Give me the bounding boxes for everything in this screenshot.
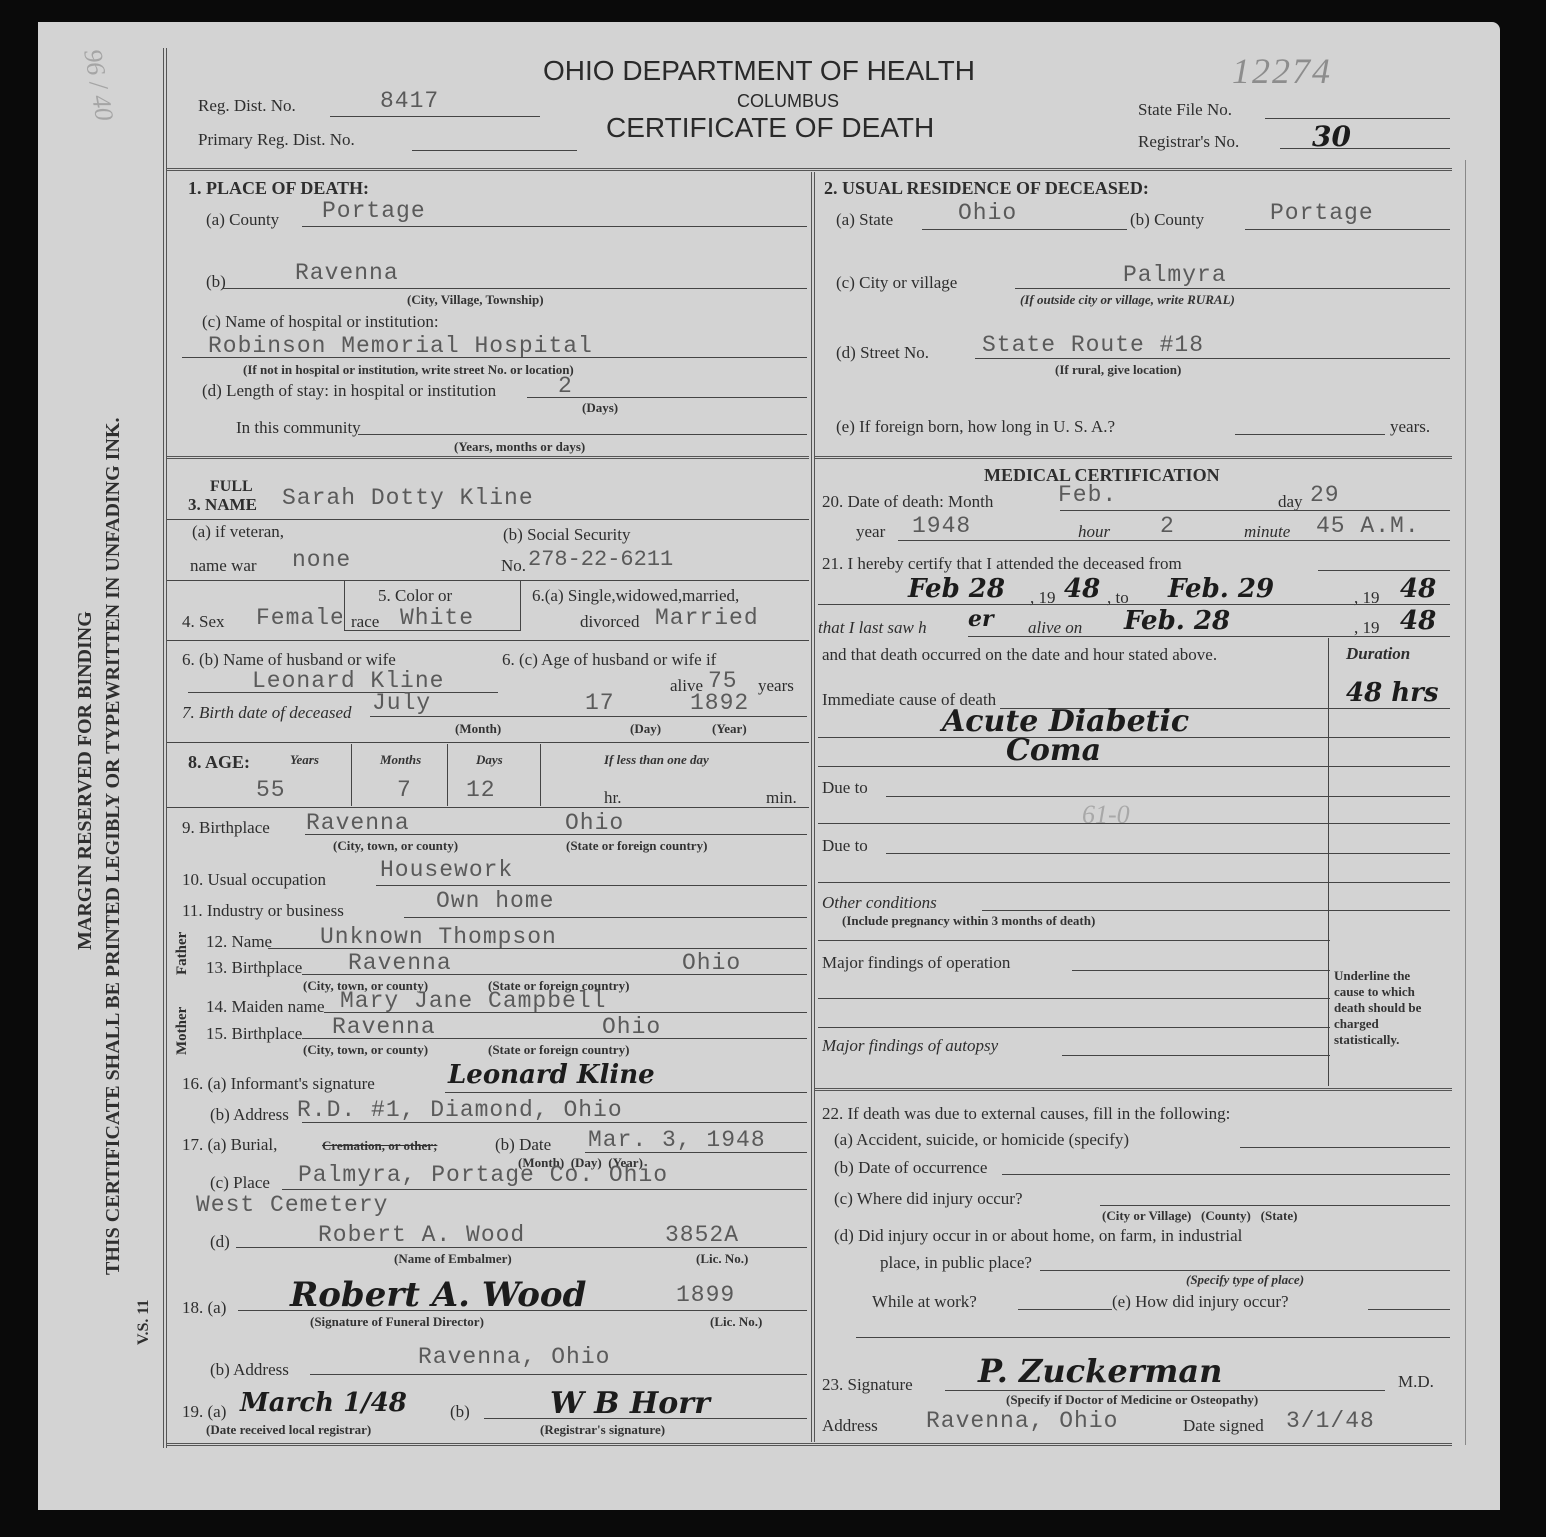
due-to-line-2 [818, 823, 1450, 824]
attended-line [818, 604, 1450, 605]
father-name-label: 12. Name [206, 932, 272, 952]
funeral-address-value[interactable]: Ravenna, Ohio [418, 1344, 610, 1370]
physician-address-value[interactable]: Ravenna, Ohio [926, 1408, 1118, 1434]
age-years-label: Years [290, 752, 319, 768]
external-d-hint: (Specify type of place) [1186, 1272, 1304, 1288]
cause-line-2-value[interactable]: Coma [1006, 733, 1101, 768]
funeral-address-line [310, 1374, 807, 1375]
veteran-label-1: (a) if veteran, [192, 522, 284, 542]
father-group-label: Father [174, 932, 191, 975]
age-years[interactable]: 55 [256, 777, 286, 803]
due-to-line-1 [886, 796, 1450, 797]
registrar-line [1280, 148, 1450, 149]
marital-value[interactable]: Married [655, 605, 759, 631]
death-year-label: year [856, 522, 885, 542]
father-birthplace-city[interactable]: Ravenna [348, 950, 452, 976]
residence-state-line [922, 229, 1127, 230]
community-line [358, 434, 807, 435]
margin-binding-note: MARGIN RESERVED FOR BINDING [74, 611, 97, 950]
residence-street-label: (d) Street No. [836, 343, 929, 363]
primary-reg-dist-label: Primary Reg. Dist. No. [198, 130, 355, 150]
occupation-value[interactable]: Housework [380, 857, 513, 883]
sex-row-divider [167, 640, 809, 641]
stay-label: (d) Length of stay: in hospital or insti… [202, 381, 496, 401]
operation-line-3 [818, 1027, 1330, 1028]
embalmer-hint: (Name of Embalmer) [394, 1251, 512, 1267]
external-d-label-2: place, in public place? [880, 1253, 1032, 1273]
external-heading: 22. If death was due to external causes,… [822, 1104, 1230, 1124]
external-a-label: (a) Accident, suicide, or homicide (spec… [834, 1130, 1129, 1150]
father-name-value[interactable]: Unknown Thompson [320, 924, 557, 950]
birth-day[interactable]: 17 [585, 690, 615, 716]
birthplace-state-hint: (State or foreign country) [566, 838, 707, 854]
external-extra-line [856, 1337, 1450, 1338]
marital-label-1: 6.(a) Single,widowed,married, [532, 586, 739, 606]
burial-date-line [585, 1152, 807, 1153]
death-date-line [1060, 510, 1450, 511]
residence-county-line [1245, 229, 1450, 230]
state-stamp-number: 12274 [1232, 50, 1332, 92]
funeral-signature[interactable]: Robert A. Wood [290, 1275, 586, 1315]
birth-year-hint: (Year) [712, 721, 747, 737]
reg-dist-line [330, 116, 540, 117]
registrar-signature[interactable]: W B Horr [550, 1386, 710, 1421]
external-d-line [1040, 1270, 1450, 1271]
funeral-label: 18. (a) [182, 1298, 226, 1318]
death-county-label: (a) County [206, 210, 279, 230]
foreign-born-line [1235, 434, 1385, 435]
death-occurred-text: and that death occurred on the date and … [822, 644, 1322, 665]
industry-label: 11. Industry or business [182, 901, 344, 921]
external-b-label: (b) Date of occurrence [834, 1158, 987, 1178]
birth-day-hint: (Day) [630, 721, 661, 737]
attended-to[interactable]: Feb. 29 [1168, 574, 1274, 604]
funeral-line [238, 1310, 807, 1311]
city-title: COLUMBUS [737, 91, 839, 112]
birthplace-line [305, 834, 807, 835]
residence-county-label: (b) County [1130, 210, 1204, 230]
race-box-right [520, 580, 521, 630]
residence-county-value[interactable]: Portage [1270, 200, 1374, 226]
autopsy-label: Major findings of autopsy [822, 1036, 998, 1056]
other-conditions-label: Other conditions [822, 893, 937, 913]
frame-right [1465, 160, 1466, 1445]
external-c-hint: (City or Village) (County) (State) [1102, 1208, 1297, 1224]
death-date-label: 20. Date of death: Month [822, 492, 993, 512]
burial-place-line [282, 1189, 807, 1190]
age-divider-1 [351, 744, 352, 806]
age-months-label: Months [380, 752, 421, 768]
death-time-line [898, 540, 1450, 541]
death-city-hint: (City, Village, Township) [407, 292, 544, 308]
other-line-2 [818, 940, 1330, 941]
autopsy-line [1062, 1055, 1330, 1056]
registrar-value[interactable]: 30 [1312, 120, 1351, 153]
marital-label-2: divorced [580, 612, 639, 632]
last-saw-line [968, 636, 1450, 637]
last-saw-label: that I last saw h [818, 618, 927, 638]
informant-signature[interactable]: Leonard Kline [448, 1060, 655, 1090]
department-title: OHIO DEPARTMENT OF HEALTH [543, 55, 975, 87]
section-divider-1 [167, 456, 809, 459]
full-label: FULL [210, 478, 253, 496]
attended-to-label: , to [1107, 588, 1129, 608]
external-c-label: (c) Where did injury occur? [834, 1189, 1023, 1209]
last-saw-year-prefix: , 19 [1354, 618, 1380, 638]
hospital-hint: (If not in hospital or institution, writ… [243, 362, 574, 378]
stay-unit: (Days) [582, 400, 618, 416]
last-saw-alive-label: alive on [1028, 618, 1082, 638]
registrar-date-hint: (Date received local registrar) [206, 1422, 371, 1438]
certify-line [1318, 570, 1450, 571]
death-county-line [302, 226, 807, 227]
primary-reg-dist-line [412, 150, 577, 151]
funeral-sig-hint: (Signature of Funeral Director) [310, 1314, 484, 1330]
veteran-label-2: name war [190, 556, 257, 576]
due-to-label-2: Due to [822, 836, 868, 856]
embalmer-lic-hint: (Lic. No.) [696, 1251, 748, 1267]
birth-label: 7. Birth date of deceased [182, 703, 352, 723]
informant-line [445, 1092, 807, 1093]
registrar-sig-hint: (Registrar's signature) [540, 1422, 665, 1438]
veteran-value[interactable]: none [292, 547, 351, 573]
birth-year[interactable]: 1892 [690, 690, 749, 716]
mother-name-line [324, 1012, 807, 1013]
stay-value[interactable]: 2 [558, 373, 573, 399]
external-d-label-1: (d) Did injury occur in or about home, o… [834, 1226, 1242, 1246]
birth-line [370, 716, 807, 717]
birth-month[interactable]: July [372, 690, 431, 716]
father-birthplace-line [302, 974, 807, 975]
reg-dist-value[interactable]: 8417 [380, 88, 439, 114]
mother-birthplace-line [302, 1038, 807, 1039]
reg-dist-label: Reg. Dist. No. [198, 96, 296, 116]
operation-line [1072, 970, 1330, 971]
death-hour[interactable]: 2 [1160, 513, 1175, 539]
death-hour-label: hour [1078, 522, 1110, 542]
operation-label: Major findings of operation [822, 953, 1010, 973]
community-label: In this community [236, 418, 361, 438]
mother-group-label: Mother [174, 1007, 191, 1055]
death-county-value[interactable]: Portage [322, 198, 426, 224]
death-month[interactable]: Feb. [1058, 482, 1117, 508]
race-label-1: 5. Color or [378, 586, 452, 606]
duration-label: Duration [1346, 644, 1410, 664]
other-conditions-hint: (Include pregnancy within 3 months of de… [842, 913, 1095, 929]
race-label-2: race [351, 612, 379, 632]
mother-birthplace-city[interactable]: Ravenna [332, 1014, 436, 1040]
birth-month-hint: (Month) [455, 721, 501, 737]
age-less-label: If less than one day [604, 752, 709, 768]
race-box-left [344, 580, 345, 630]
birth-row-divider [167, 742, 809, 743]
mother-birthplace-state[interactable]: Ohio [602, 1014, 661, 1040]
duration-value[interactable]: 48 hrs [1346, 678, 1438, 708]
deceased-name-value[interactable]: Sarah Dotty Kline [282, 485, 534, 511]
operation-line-2 [818, 998, 1330, 999]
burial-date-label: (b) Date [495, 1135, 551, 1155]
spouse-age-label: 6. (c) Age of husband or wife if [502, 650, 716, 670]
age-months[interactable]: 7 [397, 777, 412, 803]
funeral-lic[interactable]: 1899 [676, 1282, 735, 1308]
cause-line-2 [818, 737, 1450, 738]
sex-value[interactable]: Female [256, 605, 342, 631]
registrar-label: Registrar's No. [1138, 132, 1239, 152]
residence-state-value[interactable]: Ohio [958, 200, 1017, 226]
physician-signature-label: 23. Signature [822, 1375, 913, 1395]
foreign-born-unit: years. [1390, 417, 1430, 437]
father-birthplace-state[interactable]: Ohio [682, 950, 741, 976]
ssn-value[interactable]: 278-22-6211 [528, 547, 673, 572]
place-of-death-heading: 1. PLACE OF DEATH: [188, 178, 369, 199]
physician-date-label: Date signed [1183, 1416, 1264, 1436]
informant-address-label: (b) Address [210, 1105, 289, 1125]
attended-from[interactable]: Feb 28 [908, 574, 1005, 604]
funeral-lic-hint: (Lic. No.) [710, 1314, 762, 1330]
last-saw-pronoun[interactable]: er [968, 606, 994, 632]
residence-city-label: (c) City or village [836, 273, 957, 293]
physician-address-label: Address [822, 1416, 878, 1436]
death-day-label: day [1278, 492, 1303, 512]
birthplace-city[interactable]: Ravenna [306, 810, 410, 836]
birthplace-city-hint: (City, town, or county) [333, 838, 458, 854]
last-saw-year[interactable]: 48 [1400, 606, 1436, 636]
burial-struck: Cremation, or other; [322, 1138, 437, 1154]
name-label: 3. NAME [188, 495, 257, 515]
state-file-label: State File No. [1138, 100, 1232, 120]
age-row-divider [167, 807, 809, 808]
mother-state-hint: (State or foreign country) [488, 1042, 629, 1058]
residence-street-value[interactable]: State Route #18 [982, 332, 1204, 358]
age-divider-2 [447, 744, 448, 806]
age-min-label: min. [766, 788, 797, 808]
registrar-label-a: 19. (a) [182, 1402, 226, 1422]
physician-signature[interactable]: P. Zuckerman [978, 1352, 1222, 1390]
informant-label: 16. (a) Informant's signature [182, 1074, 375, 1094]
ssn-label-1: (b) Social Security [503, 525, 630, 545]
residence-street-line [975, 358, 1450, 359]
external-a-line [1240, 1147, 1450, 1148]
embalmer-label: (d) [210, 1232, 230, 1252]
residence-street-hint: (If rural, give location) [1055, 362, 1181, 378]
funeral-address-label: (b) Address [210, 1360, 289, 1380]
race-box-bottom [344, 630, 521, 631]
death-year[interactable]: 1948 [912, 513, 971, 539]
informant-address-value[interactable]: R.D. #1, Diamond, Ohio [297, 1097, 623, 1123]
sex-label: 4. Sex [182, 612, 225, 632]
birthplace-state[interactable]: Ohio [565, 810, 624, 836]
attended-from-year-prefix: , 19 [1030, 588, 1056, 608]
margin-ink-note: THIS CERTIFICATE SHALL BE PRINTED LEGIBL… [102, 418, 125, 1275]
death-minute-label: minute [1244, 522, 1290, 542]
community-hint: (Years, months or days) [454, 439, 585, 455]
embalmer-line [236, 1247, 807, 1248]
burial-date-value[interactable]: Mar. 3, 1948 [588, 1127, 766, 1153]
residence-city-hint: (If outside city or village, write RURAL… [1020, 292, 1235, 308]
attended-from-year[interactable]: 48 [1064, 574, 1100, 604]
column-divider [811, 172, 815, 1442]
section-divider-medical [815, 1088, 1452, 1091]
ssn-label-2: No. [501, 556, 526, 576]
registrar-label-b: (b) [450, 1402, 470, 1422]
burial-place-value[interactable]: Palmyra, Portage Co. Ohio [298, 1162, 668, 1188]
state-file-line [1265, 118, 1450, 119]
underline-note: Underline the cause to which death shoul… [1334, 968, 1434, 1048]
father-birthplace-label: 13. Birthplace [206, 958, 302, 978]
race-value[interactable]: White [400, 605, 474, 631]
embalmer-lic[interactable]: 3852A [665, 1222, 739, 1248]
foreign-born-label: (e) If foreign born, how long in U. S. A… [836, 417, 1115, 437]
external-work-line [1018, 1309, 1112, 1310]
age-label: 8. AGE: [188, 752, 250, 773]
occupation-label: 10. Usual occupation [182, 870, 326, 890]
informant-address-line [302, 1122, 807, 1123]
death-minute[interactable]: 45 A.M. [1316, 513, 1420, 539]
burial-place-value-2[interactable]: West Cemetery [196, 1192, 388, 1218]
attended-to-year-prefix: , 19 [1354, 588, 1380, 608]
industry-line [404, 917, 807, 918]
last-saw-date[interactable]: Feb. 28 [1124, 606, 1230, 636]
death-city-label: (b) [206, 272, 226, 292]
physician-signature-hint: (Specify if Doctor of Medicine or Osteop… [1006, 1392, 1258, 1408]
residence-heading: 2. USUAL RESIDENCE OF DECEASED: [824, 178, 1149, 199]
hospital-label: (c) Name of hospital or institution: [202, 312, 439, 332]
hospital-value[interactable]: Robinson Memorial Hospital [208, 333, 593, 359]
registrar-line [484, 1418, 807, 1419]
death-city-value[interactable]: Ravenna [295, 260, 399, 286]
form-code: V.S. 11 [135, 1299, 153, 1345]
certify-label: 21. I hereby certify that I attended the… [822, 554, 1182, 574]
frame-left [163, 48, 167, 1448]
mother-name-value[interactable]: Mary Jane Campbell [340, 988, 606, 1014]
death-day[interactable]: 29 [1310, 482, 1340, 508]
registrar-date[interactable]: March 1/48 [240, 1388, 407, 1418]
embalmer-value[interactable]: Robert A. Wood [318, 1222, 525, 1248]
name-row-divider [167, 519, 809, 520]
frame-header-divider [167, 168, 1452, 171]
birthplace-label: 9. Birthplace [182, 818, 270, 838]
residence-city-line [1015, 288, 1450, 289]
age-days-label: Days [476, 752, 503, 768]
pencil-code: 61-0 [1082, 800, 1130, 830]
residence-state-label: (a) State [836, 210, 893, 230]
age-divider-3 [540, 744, 541, 806]
spouse-age-unit: years [758, 676, 794, 696]
due-to-label-1: Due to [822, 778, 868, 798]
burial-label: 17. (a) Burial, [182, 1135, 277, 1155]
external-c-line [1100, 1205, 1450, 1206]
death-city-line [222, 288, 807, 289]
due-to-line-4 [818, 882, 1450, 883]
section-divider-2 [815, 456, 1452, 459]
mother-birthplace-label: 15. Birthplace [206, 1024, 302, 1044]
external-work-label: While at work? [872, 1292, 977, 1312]
mother-name-label: 14. Maiden name [206, 997, 325, 1017]
spouse-label: 6. (b) Name of husband or wife [182, 650, 396, 670]
cause-line-3 [818, 766, 1450, 767]
age-hr-label: hr. [604, 788, 621, 808]
physician-date-value[interactable]: 3/1/48 [1286, 1408, 1375, 1434]
spouse-line [188, 692, 498, 693]
physician-degree: M.D. [1398, 1372, 1434, 1392]
frame-bottom [167, 1443, 1452, 1446]
due-to-line-3 [886, 853, 1450, 854]
residence-city-value[interactable]: Palmyra [1123, 262, 1227, 288]
external-e-line [1368, 1309, 1450, 1310]
external-e-label: (e) How did injury occur? [1112, 1292, 1289, 1312]
duration-column-divider [1328, 638, 1329, 1086]
physician-signature-line [945, 1390, 1385, 1391]
certificate-title: CERTIFICATE OF DEATH [606, 112, 934, 144]
other-conditions-line [982, 910, 1450, 911]
burial-place-label: (c) Place [210, 1173, 270, 1193]
attended-to-year[interactable]: 48 [1400, 574, 1436, 604]
external-b-line [1002, 1174, 1450, 1175]
industry-value[interactable]: Own home [436, 888, 554, 914]
veteran-row-divider [167, 580, 809, 581]
occupation-line [376, 885, 807, 886]
father-name-line [268, 948, 807, 949]
mother-city-hint: (City, town, or county) [303, 1042, 428, 1058]
age-days[interactable]: 12 [466, 777, 496, 803]
